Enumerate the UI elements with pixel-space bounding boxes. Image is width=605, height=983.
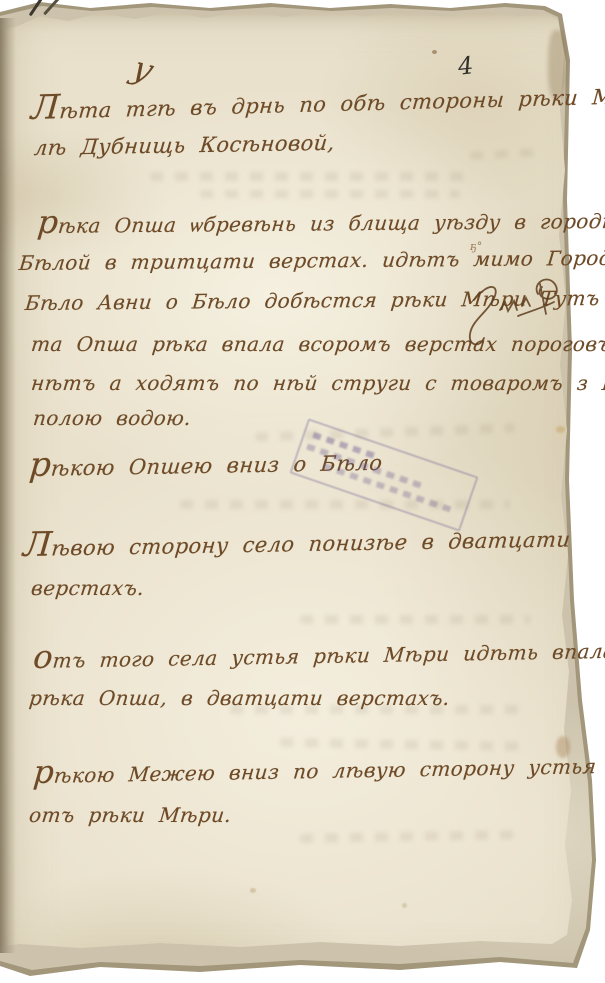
binding-gutter-shadow	[0, 18, 16, 953]
showthrough-line	[200, 190, 460, 198]
paper-stain	[556, 426, 565, 433]
showthrough-line	[150, 172, 470, 181]
text-line: полою водою.	[32, 406, 192, 430]
showthrough-line	[300, 615, 530, 624]
paper-stain	[402, 903, 407, 908]
text-line: отъ рѣки Мѣри.	[28, 803, 233, 827]
text-line: нѣтъ а ходятъ по нѣй струги с товаромъ з…	[30, 371, 605, 395]
ink-speck	[432, 50, 437, 54]
paper-stain	[250, 888, 256, 893]
text-line: Бѣлой в тритцати верстах. идѣтъ мимо Гор…	[18, 246, 605, 275]
text-line: рѣка Опша ѡбревѣнь из блища уѣзду в горо…	[36, 206, 605, 239]
manuscript-photo: 4 у ҕ° Лѣта тгѣ въ дрнь по обѣ стороны р…	[0, 0, 605, 983]
text-line: верстахъ.	[30, 576, 145, 600]
folio-number: 4	[457, 51, 475, 80]
text-line: рѣка Опша, в дватцати верстахъ.	[28, 686, 451, 710]
margin-flourish-icon	[460, 272, 560, 356]
